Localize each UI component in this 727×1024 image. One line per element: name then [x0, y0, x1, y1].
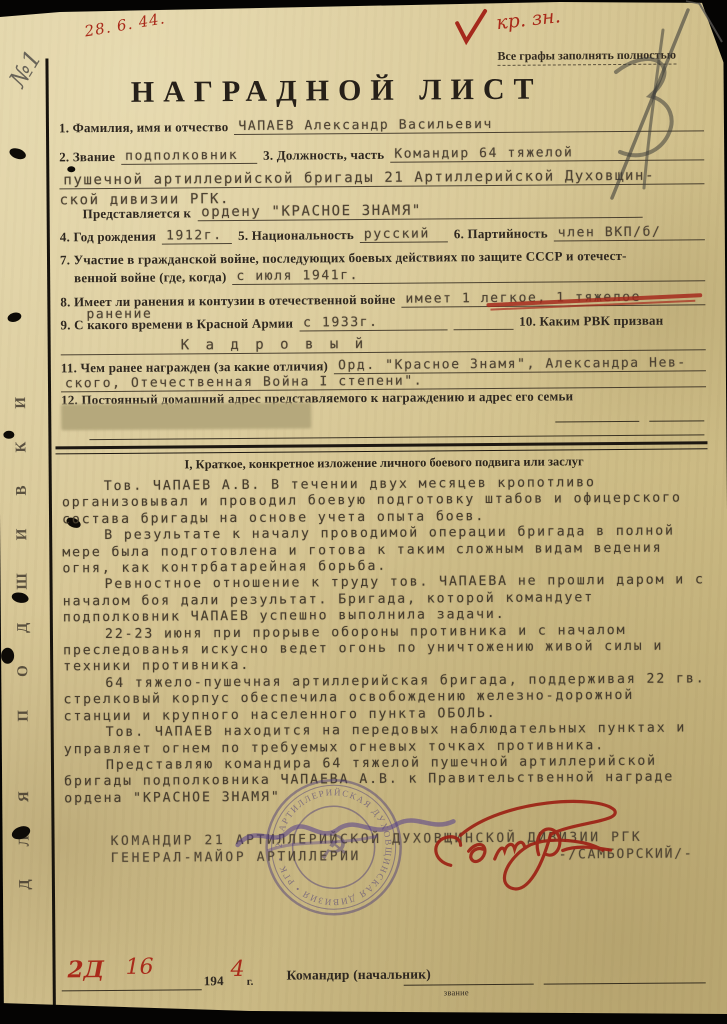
field-party-value: член ВКП/б/	[554, 224, 705, 241]
footer-date-hand2: 16	[125, 955, 153, 980]
ink-blot	[8, 146, 27, 161]
field-birth-nationality-party-row: 4. Год рождения 1912г. 5. Национальность…	[60, 224, 705, 245]
field-birthyear-value: 1912г.	[162, 228, 232, 245]
field-rvk-value: К а д р о в ы й	[181, 336, 368, 353]
red-checkmark-icon	[451, 7, 493, 49]
field-rank-position-row: 2. Звание подполковник 3. Должность, час…	[59, 144, 704, 165]
field-war-participation-row1: 7. Участие в гражданской войне, последую…	[60, 247, 705, 268]
field-nationality-value: русский	[360, 226, 448, 243]
field-service-value: с 1933г.	[299, 314, 447, 331]
field-rvk-value-row: К а д р о в ы й	[61, 330, 706, 355]
scanned-award-sheet: ДЛЯ ПОДШИВКИ 28. 6. 44. кр. зн. №1 Все г…	[0, 0, 727, 1024]
section1-heading: I, Краткое, конкретное изложение личного…	[62, 453, 707, 473]
section-divider-rule	[55, 441, 707, 454]
field-war-label-line1: 7. Участие в гражданской войне, последую…	[60, 248, 627, 268]
field-war-participation-row2: венной войне (где, когда) с июля 1941г.	[74, 265, 705, 286]
field-rvk-label: 10. Каким РВК призван	[519, 313, 663, 330]
page-title: НАГРАДНОЙ ЛИСТ	[97, 72, 577, 110]
citation-text-block: Тов. ЧАПАЕВ А.В. В течении двух месяцев …	[62, 474, 711, 807]
ink-blot	[3, 431, 14, 439]
footer-date-suffix: г.	[247, 976, 254, 989]
pencil-corner-note: №1	[4, 45, 48, 92]
footer-date-hand3: 4	[230, 957, 244, 982]
blank-underline	[89, 434, 704, 440]
footer-signature-underline	[544, 982, 706, 984]
field-rank-label: 2. Звание	[59, 149, 115, 165]
citation-paragraph: 64 тяжело-пушечная артиллерийская бригад…	[63, 671, 709, 725]
footer-date-underline	[62, 989, 202, 991]
field-presented-row: Представляется к ордену "КРАСНОЕ ЗНАМЯ"	[83, 201, 643, 222]
field-war-value: с июля 1941г.	[232, 265, 705, 285]
redacted-address-block	[61, 402, 311, 430]
ink-blot	[1, 648, 14, 664]
footer-signature-underline	[404, 984, 534, 986]
field-position-value: Командир 64 тяжелой	[390, 144, 704, 162]
red-award-note: кр. зн.	[495, 5, 562, 34]
left-margin-rule	[45, 58, 55, 1008]
footer-rank-caption: звание	[444, 987, 469, 997]
commander-title-line2: ГЕНЕРАЛ-МАЙОР АРТИЛЛЕРИИ	[111, 849, 361, 866]
field-presented-value: ордену "КРАСНОЕ ЗНАМЯ"	[197, 201, 643, 221]
field-war-label-line2: венной войне (где, когда)	[74, 269, 226, 286]
field-name-label: 1. Фамилия, имя и отчество	[59, 119, 229, 136]
blank-underline	[649, 420, 704, 421]
blank-underline	[555, 421, 639, 423]
field-position-cont-row: пушечной артиллерийской бригады 21 Артил…	[59, 167, 704, 189]
citation-paragraph: В результате к началу проводимой операци…	[62, 524, 708, 578]
field-position-value-cont1: пушечной артиллерийской бригады 21 Артил…	[59, 167, 704, 189]
field-presented-label: Представляется к	[83, 206, 192, 222]
red-date-annotation: 28. 6. 44.	[83, 9, 166, 40]
field-name-row: 1. Фамилия, имя и отчество ЧАПАЕВ Алекса…	[59, 115, 704, 136]
field-rank-value: подполковник	[121, 148, 257, 165]
footer-date-hand1: 2Д	[67, 956, 104, 983]
field-party-label: 6. Партийность	[454, 226, 548, 242]
citation-paragraph: Тов. ЧАПАЕВ находится на передовых наблю…	[64, 720, 710, 758]
field-birthyear-label: 4. Год рождения	[60, 229, 156, 245]
field-name-value: ЧАПАЕВ Александр Васильевич	[234, 115, 704, 135]
field-service-label: 9. С какого времени в Красной Армии	[60, 316, 293, 333]
fill-all-fields-note: Все графы заполнять полностью	[497, 48, 676, 66]
spine-vertical-text: ДЛЯ ПОДШИВКИ	[12, 235, 34, 890]
citation-paragraph: Ревностное отношение к труду тов. ЧАПАЕВ…	[63, 573, 709, 627]
citation-paragraph: Тов. ЧАПАЕВ А.В. В течении двух месяцев …	[62, 474, 708, 528]
commander-typed-name: -/САМБОРСКИЙ/-	[559, 846, 694, 862]
footer-commander-label: Командир (начальник)	[287, 966, 431, 983]
citation-paragraph: 22-23 июня при прорыве обороны противник…	[63, 622, 709, 676]
footer-date-printed: 194	[204, 973, 224, 989]
commander-title-line1: КОМАНДИР 21 АРТИЛЛЕРИЙСКОЙ ДУХОВЩИНСКОЙ …	[111, 830, 643, 849]
field-nationality-label: 5. Национальность	[238, 227, 354, 244]
blank-underline	[453, 314, 513, 330]
citation-paragraph: Представляю командира 64 тяжелой пушечно…	[64, 753, 710, 807]
field-position-label: 3. Должность, часть	[263, 147, 384, 164]
